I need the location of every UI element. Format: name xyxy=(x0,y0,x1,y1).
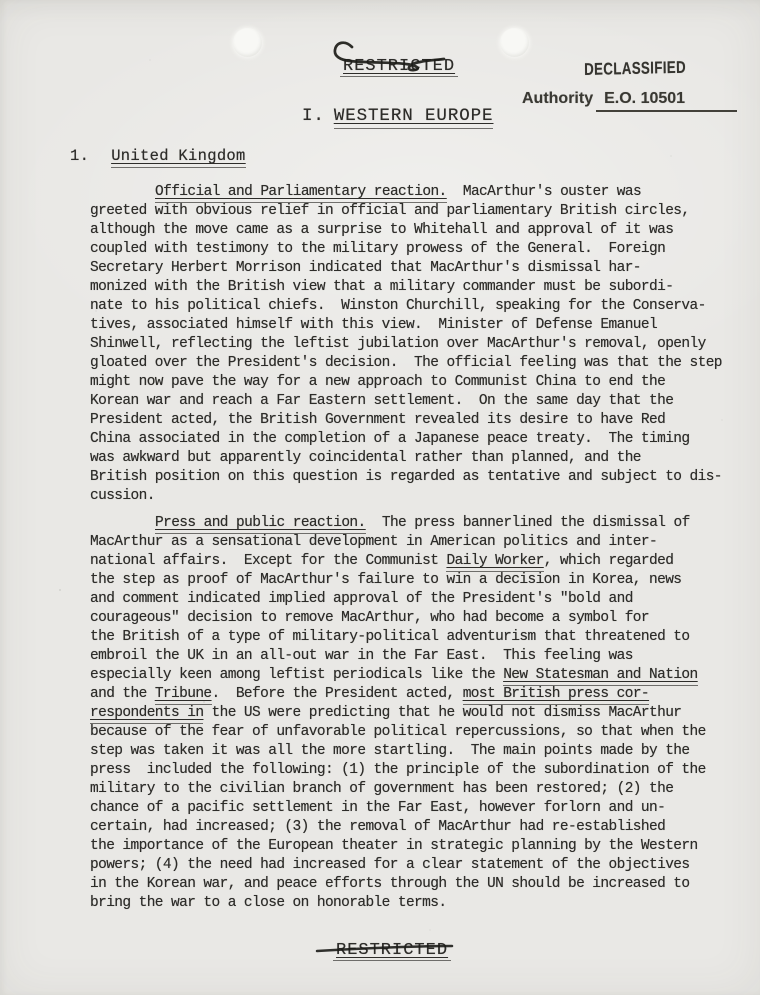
text-segment: embroil the UK in an all-out war in the … xyxy=(90,648,633,664)
text-line: cussion. xyxy=(90,487,740,506)
text-line: and comment indicated implied approval o… xyxy=(90,590,740,609)
section-heading: 1.United Kingdom xyxy=(70,147,246,165)
text-segment: coupled with testimony to the military p… xyxy=(90,241,665,257)
text-segment: courageous" decision to remove MacArthur… xyxy=(90,610,649,626)
text-segment: gloated over the President's decision. T… xyxy=(90,355,722,371)
text-segment: in the Korean war, and peace efforts thr… xyxy=(90,876,690,892)
text-segment: nate to his political chiefs. Winston Ch… xyxy=(90,298,706,314)
title-numeral: I. xyxy=(302,106,325,126)
text-line: step was taken it was all the more start… xyxy=(90,742,740,761)
text-segment: China associated in the completion of a … xyxy=(90,431,690,447)
text-segment: and the xyxy=(90,686,155,702)
text-segment: , which regarded xyxy=(544,553,674,569)
text-line: the step as proof of MacArthur's failure… xyxy=(90,571,740,590)
text-line: coupled with testimony to the military p… xyxy=(90,240,740,259)
text-line: military to the civilian branch of gover… xyxy=(90,780,740,799)
text-segment: chance of a pacific settlement in the Fa… xyxy=(90,800,665,816)
text-line: because of the fear of unfavorable polit… xyxy=(90,723,740,742)
text-segment: might now pave the way for a new approac… xyxy=(90,374,665,390)
underlined-text: Official and Parliamentary reaction. xyxy=(155,184,447,203)
pen-strike-line xyxy=(312,938,458,960)
text-line: was awkward but apparently coincidental … xyxy=(90,449,740,468)
text-line: China associated in the completion of a … xyxy=(90,430,740,449)
paragraph: Press and public reaction. The press ban… xyxy=(90,514,740,913)
declassified-stamp: DECLASSIFIED xyxy=(584,58,686,80)
text-line: tives, associated himself with this view… xyxy=(90,316,740,335)
text-line: although the move came as a surprise to … xyxy=(90,221,740,240)
document-page: RESTRICTED DECLASSIFIED AuthorityE.O. 10… xyxy=(0,0,760,995)
text-line: Official and Parliamentary reaction. Mac… xyxy=(90,183,740,202)
text-line: powers; (4) the need had increased for a… xyxy=(90,856,740,875)
text-segment: press included the following: (1) the pr… xyxy=(90,762,706,778)
text-segment: national affairs. Except for the Communi… xyxy=(90,553,446,569)
text-segment: MacArthur's ouster was xyxy=(447,184,641,200)
text-line: especially keen among leftist periodical… xyxy=(90,666,740,685)
text-segment: British position on this question is reg… xyxy=(90,469,722,485)
text-segment: although the move came as a surprise to … xyxy=(90,222,673,238)
hole-punch-left xyxy=(233,28,262,57)
authority-line: AuthorityE.O. 10501 xyxy=(522,90,737,112)
text-line: in the Korean war, and peace efforts thr… xyxy=(90,875,740,894)
document-body: Official and Parliamentary reaction. Mac… xyxy=(90,183,740,913)
text-line: nate to his political chiefs. Winston Ch… xyxy=(90,297,740,316)
text-line: MacArthur as a sensational development i… xyxy=(90,533,740,552)
text-line: Press and public reaction. The press ban… xyxy=(90,514,740,533)
text-line: and the Tribune. Before the President ac… xyxy=(90,685,740,704)
underlined-text: respondents in xyxy=(90,705,203,724)
text-line: chance of a pacific settlement in the Fa… xyxy=(90,799,740,818)
page-title: I.WESTERN EUROPE xyxy=(302,106,493,126)
underlined-text: New Statesman and Nation xyxy=(503,667,697,686)
text-line: national affairs. Except for the Communi… xyxy=(90,552,740,571)
text-segment: the British of a type of military-politi… xyxy=(90,629,690,645)
text-segment: The press bannerlined the dismissal of xyxy=(366,515,690,531)
text-line: Secretary Herbert Morrison indicated tha… xyxy=(90,259,740,278)
text-segment: certain, had increased; (3) the removal … xyxy=(90,819,665,835)
text-segment: because of the fear of unfavorable polit… xyxy=(90,724,706,740)
text-segment: was awkward but apparently coincidental … xyxy=(90,450,641,466)
section-title: United Kingdom xyxy=(111,147,245,168)
text-line: President acted, the British Government … xyxy=(90,411,740,430)
text-line: monized with the British view that a mil… xyxy=(90,278,740,297)
text-segment: step was taken it was all the more start… xyxy=(90,743,690,759)
text-segment: and comment indicated implied approval o… xyxy=(90,591,633,607)
hole-punch-right xyxy=(500,28,529,57)
text-segment: President acted, the British Government … xyxy=(90,412,665,428)
text-segment: MacArthur as a sensational development i… xyxy=(90,534,657,550)
text-segment: powers; (4) the need had increased for a… xyxy=(90,857,690,873)
text-segment: cussion. xyxy=(90,488,155,504)
underlined-text: Tribune xyxy=(155,686,212,705)
text-line: the British of a type of military-politi… xyxy=(90,628,740,647)
text-line: might now pave the way for a new approac… xyxy=(90,373,740,392)
text-segment: especially keen among leftist periodical… xyxy=(90,667,503,683)
text-segment: Shinwell, reflecting the leftist jubilat… xyxy=(90,336,706,352)
underlined-text: most British press cor- xyxy=(463,686,649,705)
authority-value: E.O. 10501 xyxy=(596,90,737,112)
text-segment: Secretary Herbert Morrison indicated tha… xyxy=(90,260,641,276)
text-line: the importance of the European theater i… xyxy=(90,837,740,856)
text-line: Korean war and reach a Far Eastern settl… xyxy=(90,392,740,411)
title-text: WESTERN EUROPE xyxy=(334,106,494,129)
pen-scribble-icon xyxy=(328,40,456,76)
text-segment: military to the civilian branch of gover… xyxy=(90,781,673,797)
paragraph: Official and Parliamentary reaction. Mac… xyxy=(90,183,740,506)
text-segment: monized with the British view that a mil… xyxy=(90,279,673,295)
text-line: press included the following: (1) the pr… xyxy=(90,761,740,780)
text-line: certain, had increased; (3) the removal … xyxy=(90,818,740,837)
underlined-text: Daily Worker xyxy=(446,553,543,572)
text-segment: the importance of the European theater i… xyxy=(90,838,698,854)
text-line: Shinwell, reflecting the leftist jubilat… xyxy=(90,335,740,354)
text-segment: tives, associated himself with this view… xyxy=(90,317,657,333)
underlined-text: Press and public reaction. xyxy=(155,515,366,534)
text-line: greeted with obvious relief in official … xyxy=(90,202,740,221)
text-segment: the US were predicting that he would not… xyxy=(203,705,681,721)
text-line: bring the war to a close on honorable te… xyxy=(90,894,740,913)
text-segment: the step as proof of MacArthur's failure… xyxy=(90,572,681,588)
section-number: 1. xyxy=(70,147,89,165)
text-segment: Korean war and reach a Far Eastern settl… xyxy=(90,393,673,409)
text-line: respondents in the US were predicting th… xyxy=(90,704,740,723)
declassified-stamp-text: DECLASSIFIED xyxy=(584,58,686,79)
text-segment: greeted with obvious relief in official … xyxy=(90,203,690,219)
text-line: embroil the UK in an all-out war in the … xyxy=(90,647,740,666)
authority-label: Authority xyxy=(522,90,593,107)
text-line: British position on this question is reg… xyxy=(90,468,740,487)
text-segment: . Before the President acted, xyxy=(212,686,463,702)
text-line: courageous" decision to remove MacArthur… xyxy=(90,609,740,628)
text-segment: bring the war to a close on honorable te… xyxy=(90,895,446,911)
text-line: gloated over the President's decision. T… xyxy=(90,354,740,373)
